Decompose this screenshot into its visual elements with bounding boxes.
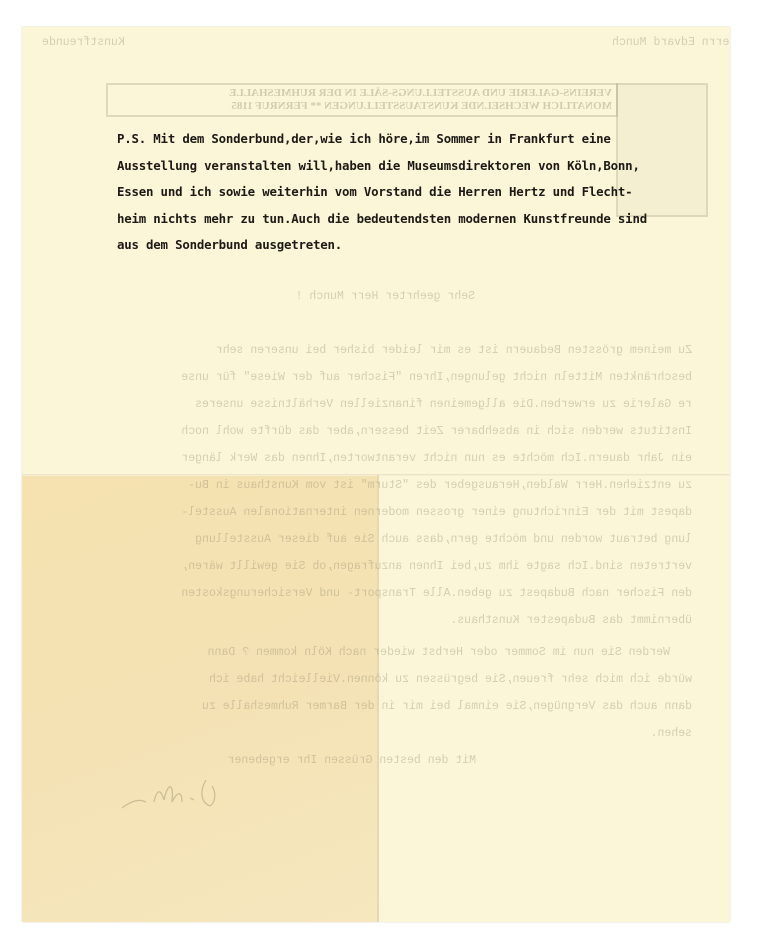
bleed-body-line: sehen. bbox=[651, 727, 692, 740]
postscript-line: Essen und ich sowie weiterhin vom Vorsta… bbox=[117, 179, 730, 206]
postscript-line: Ausstellung veranstalten will,haben die … bbox=[117, 153, 730, 180]
bleed-body-line: lung betraut worden und möchte gern,dass… bbox=[195, 533, 692, 546]
bleed-body-line: dapest mit der Einrichtung einer grossen… bbox=[181, 506, 692, 519]
letterhead-line2: MONATLICH WECHSELNDE KUNSTAUSSTELLUNGEN … bbox=[112, 100, 612, 113]
bleed-body-line: Werden Sie nun im Sommer oder Herbst wie… bbox=[208, 646, 670, 659]
bleed-salutation: Sehr geehrter Herr Munch ! bbox=[296, 290, 475, 303]
bleed-letterhead: VEREINS-GALERIE UND AUSSTELLUNGS-SÄLE IN… bbox=[106, 83, 618, 117]
bleed-body-line: Zu meinem grössten Bedauern ist es mir l… bbox=[216, 344, 692, 357]
postscript-line: heim nichts mehr zu tun.Auch die bedeute… bbox=[117, 206, 730, 233]
bleed-body-line: vertreten sind.Ich sagte ihm zu,bei Ihne… bbox=[181, 560, 692, 573]
postscript-line: aus dem Sonderbund ausgetreten. bbox=[117, 232, 730, 259]
postscript-paragraph: P.S. Mit dem Sonderbund,der,wie ich höre… bbox=[117, 126, 730, 259]
bleed-body-line: dann auch das Vergnügen,Sie einmal bei m… bbox=[202, 700, 692, 713]
bleed-header-left: Herrn Edvard Munch bbox=[612, 36, 730, 49]
bleed-closing: Mit den besten Grüssen Ihr ergebener bbox=[228, 754, 476, 767]
signature-icon bbox=[120, 772, 230, 812]
bleed-body-line: ein Jahr dauern.Ich möchte es nun nicht … bbox=[181, 452, 692, 465]
bleed-body-line: würde ich mich sehr freuen,Sie begrüssen… bbox=[209, 673, 692, 686]
bleed-header-right: Kunstfreunde bbox=[42, 36, 125, 49]
letterhead-line1: VEREINS-GALERIE UND AUSSTELLUNGS-SÄLE IN… bbox=[112, 87, 612, 100]
bleed-body-line: zu entziehen.Herr Walden,Herausgeber des… bbox=[188, 479, 692, 492]
letter-paper: Herrn Edvard Munch Kunstfreunde VEREINS-… bbox=[22, 27, 730, 922]
bleed-body-line: Instituts werden sich in absehbarer Zeit… bbox=[181, 425, 692, 438]
bleed-body-line: beschränkten Mitteln nicht gelungen,Ihre… bbox=[181, 371, 692, 384]
bleed-body-line: re Galerie zu erwerben.Die allgemeinen f… bbox=[195, 398, 692, 411]
bleed-body-line: den Fischer nach Budapest zu geben.Alle … bbox=[181, 587, 692, 600]
postscript-line: P.S. Mit dem Sonderbund,der,wie ich höre… bbox=[117, 126, 730, 153]
bleed-body-line: übernimmt das Budapester Kunsthaus. bbox=[450, 614, 692, 627]
